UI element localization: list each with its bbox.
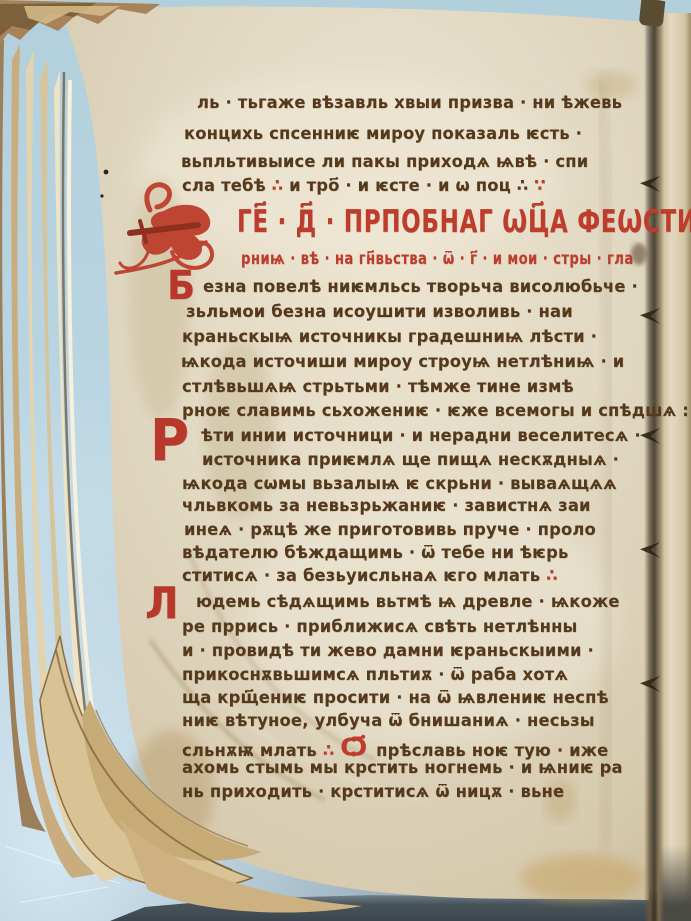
manuscript-photo: ль · тьгаже вѣзавль хвыи призва · ни ѣже… bbox=[0, 0, 691, 921]
marginal-flourish-icon bbox=[0, 0, 691, 921]
